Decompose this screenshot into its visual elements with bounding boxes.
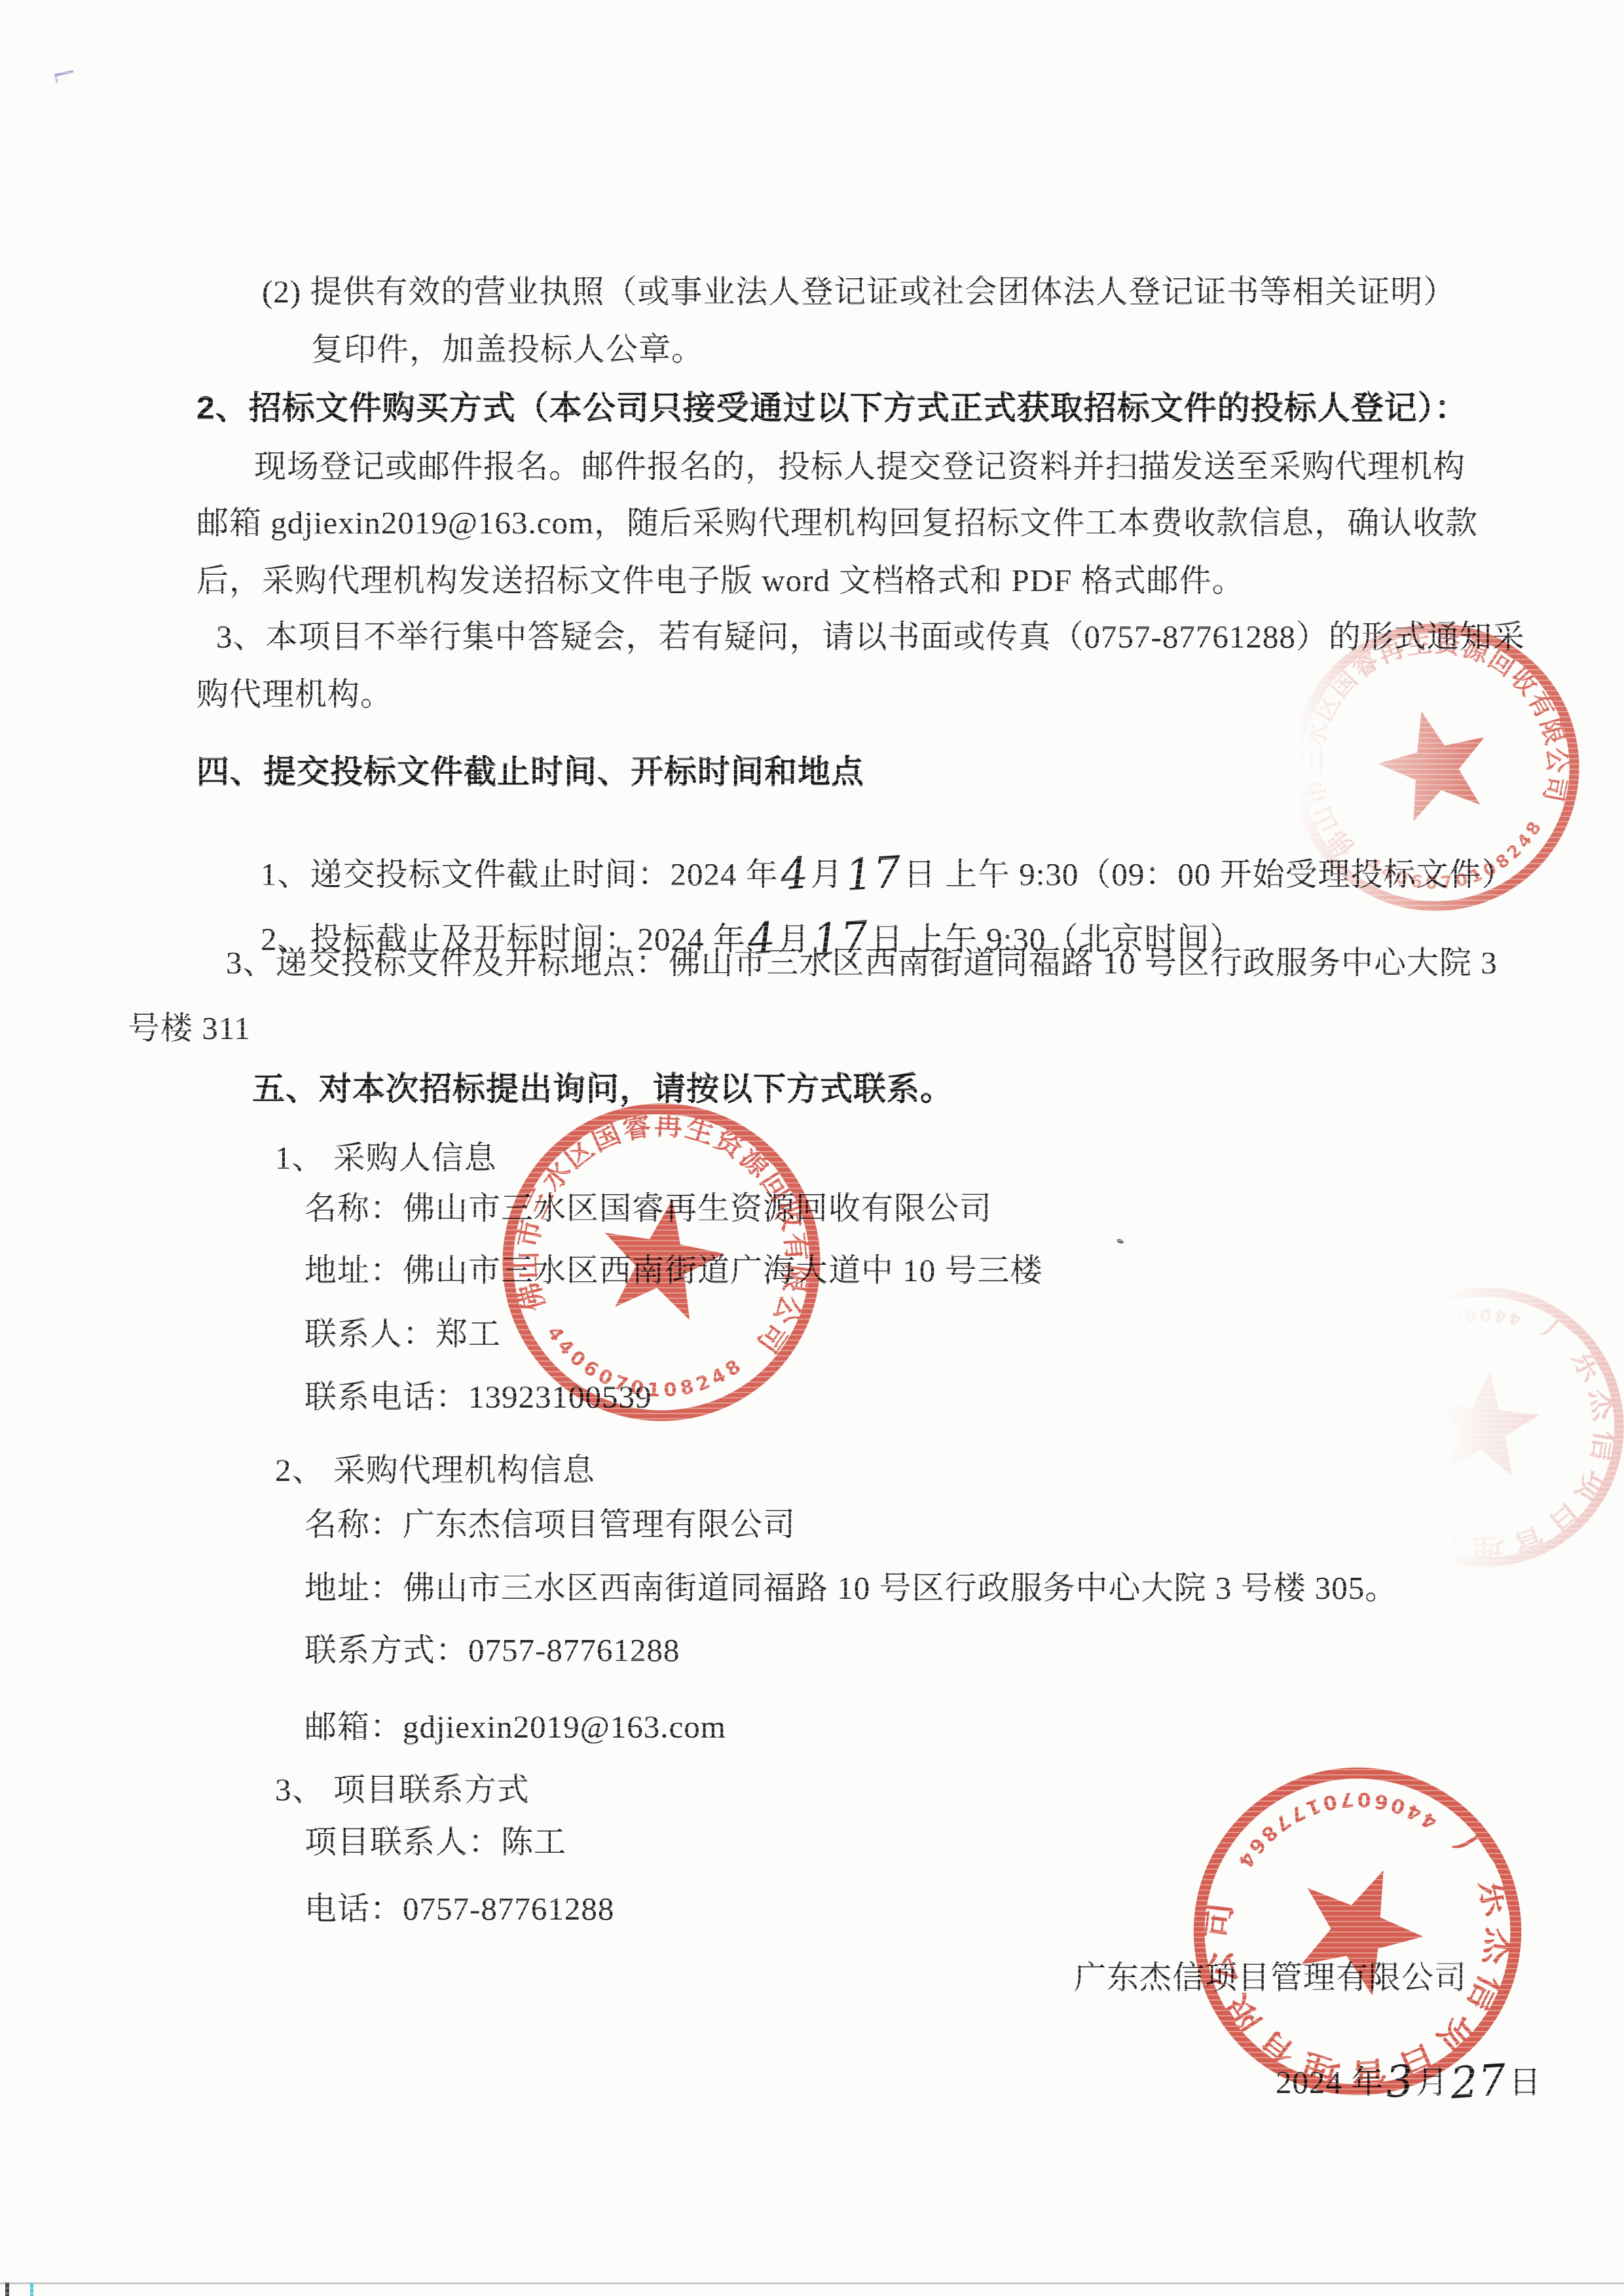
bottom-scan-line	[0, 2282, 1624, 2284]
handwritten-day: 17	[845, 872, 902, 876]
line-agency-address: 地址：佛山市三水区西南街道同福路 10 号区行政服务中心大院 3 号楼 305。	[304, 1568, 1397, 1609]
handwritten-day: 17	[813, 937, 869, 941]
line-qa-p2: 购代理机构。	[196, 674, 393, 715]
line-venue-cont: 号楼 311	[128, 1008, 251, 1049]
line-purchase-p2: 邮箱 gdjiexin2019@163.com，随后采购代理机构回复招标文件工本…	[196, 503, 1478, 543]
stray-dot-artifact	[1116, 1238, 1124, 1244]
handwritten-month: 4	[748, 938, 776, 940]
line-license-clause: (2) 提供有效的营业执照（或事业法人登记证或社会团体法人登记证书等相关证明）	[262, 272, 1456, 312]
agency-seal-faint-right-edge: 广东杰信项目管理有限公司 4406070177864	[1285, 1229, 1624, 1626]
heading-project-contact: 3、 项目联系方式	[275, 1770, 530, 1810]
seal-star-icon	[1368, 698, 1500, 826]
line-project-contact: 项目联系人：陈工	[304, 1822, 566, 1863]
line-buyer-contact: 联系人：郑工	[304, 1314, 501, 1355]
line-purchase-p3: 后，采购代理机构发送招标文件电子版 word 文档格式和 PDF 格式邮件。	[196, 560, 1245, 601]
seal-star-icon	[1284, 1865, 1433, 2010]
line-project-phone: 电话：0757-87761288	[304, 1889, 614, 1929]
heading-purchase-method: 2、招标文件购买方式（本公司只接受通过以下方式正式获取招标文件的投标人登记）：	[196, 388, 1468, 428]
line-purchase-p1: 现场登记或邮件报名。邮件报名的，投标人提交登记资料并扫描发送至采购代理机构	[254, 446, 1466, 487]
corner-tick-cyan	[30, 2282, 33, 2296]
heading-buyer-info: 1、 采购人信息	[275, 1138, 497, 1178]
handwritten-month: 4	[781, 873, 809, 875]
seal-star-icon	[593, 1189, 733, 1324]
pen-mark-artifact	[54, 70, 75, 83]
scanned-tender-page: (2) 提供有效的营业执照（或事业法人登记证或社会团体法人登记证书等相关证明） …	[0, 0, 1624, 2296]
buyer-company-seal-middle: 佛山市三水区国睿再生资源回收有限公司 4406070108248	[470, 1071, 853, 1453]
line-venue: 3、递交投标文件及开标地点：佛山市三水区西南街道同福路 10 号区行政服务中心大…	[226, 943, 1498, 983]
corner-tick-dark	[5, 2282, 9, 2296]
line-license-clause-cont: 复印件，加盖投标人公章。	[311, 329, 704, 370]
heading-section-4: 四、提交投标文件截止时间、开标时间和地点	[196, 752, 864, 792]
line-agency-phone: 联系方式：0757-87761288	[304, 1630, 680, 1671]
line-agency-email: 邮箱：gdjiexin2019@163.com	[304, 1707, 726, 1747]
seal-star-icon	[1414, 1360, 1559, 1503]
line-agency-name: 名称：广东杰信项目管理有限公司	[304, 1504, 796, 1545]
heading-agency-info: 2、 采购代理机构信息	[275, 1450, 595, 1491]
